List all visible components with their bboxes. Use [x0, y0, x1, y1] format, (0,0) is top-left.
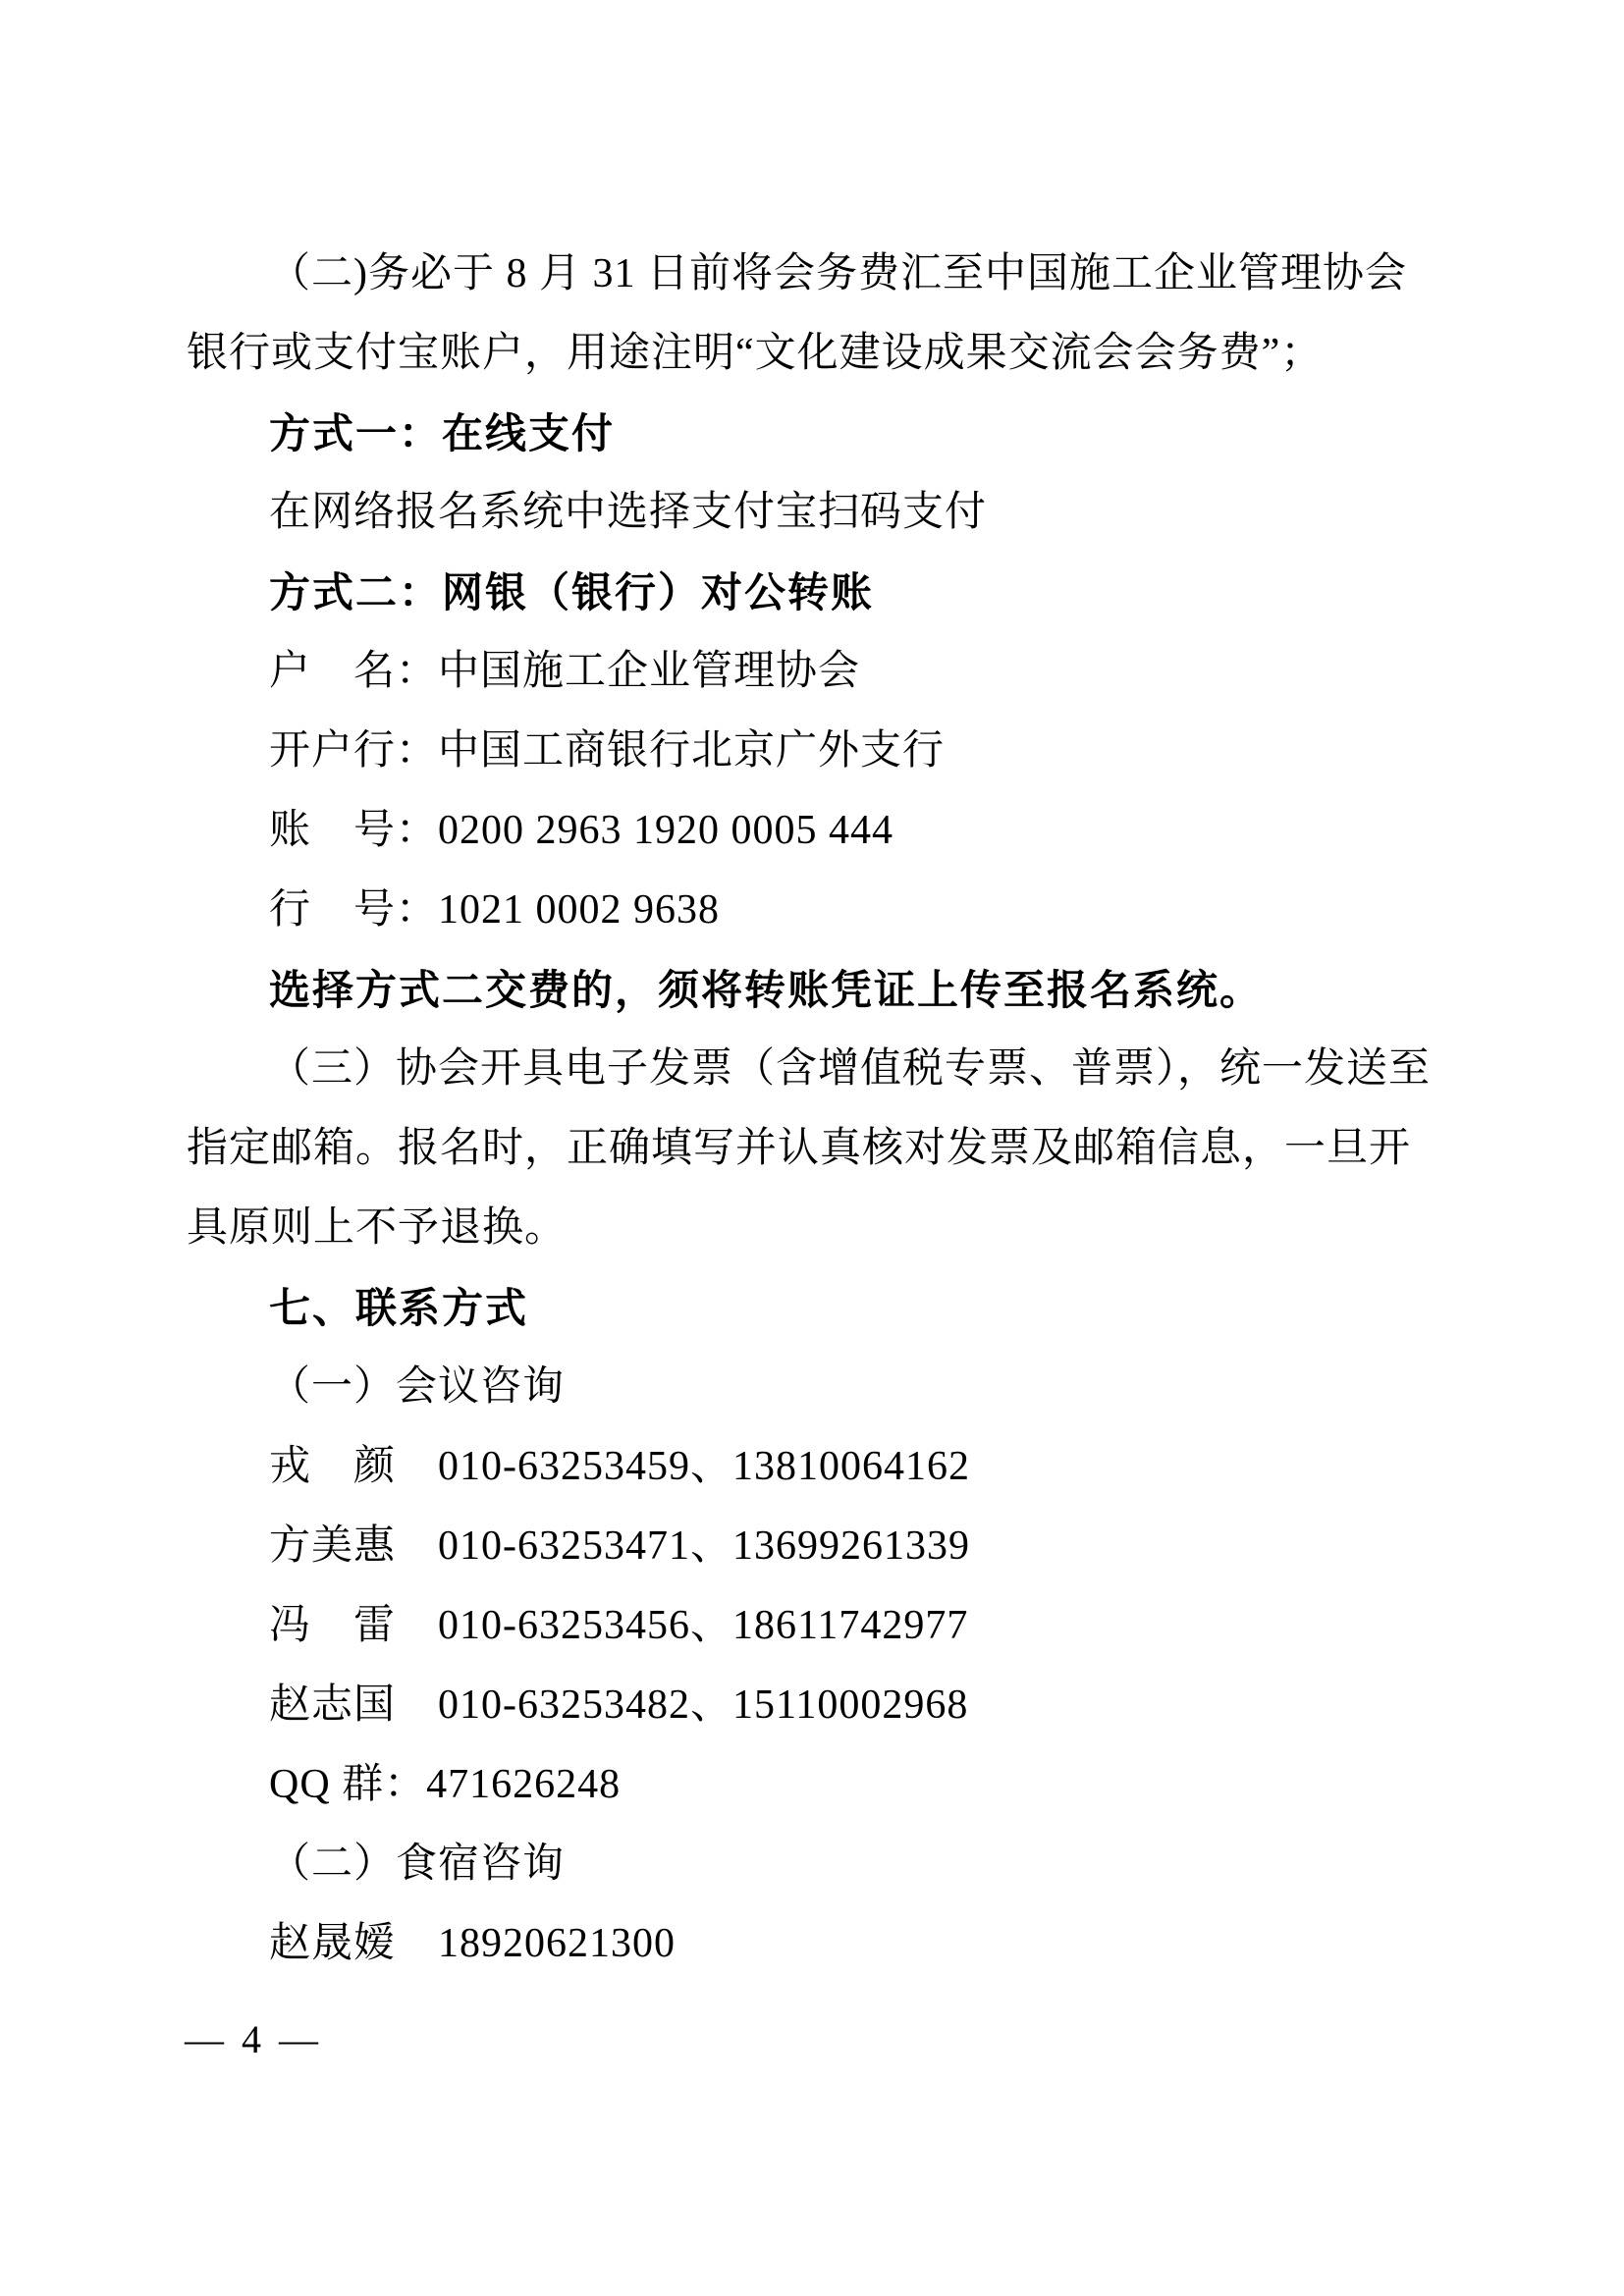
document-line: 户 名：中国施工企业管理协会 [187, 632, 1492, 712]
document-line: 账 号：0200 2963 1920 0005 444 [187, 791, 1492, 871]
document-line: 赵志国 010-63253482、15110002968 [187, 1666, 1492, 1745]
document-body: （二)务必于 8 月 31 日前将会务费汇至中国施工企业管理协会银行或支付宝账户… [187, 235, 1492, 1984]
document-line: 冯 雷 010-63253456、18611742977 [187, 1586, 1492, 1666]
document-line: 方式一：在线支付 [187, 394, 1492, 473]
document-page: （二)务必于 8 月 31 日前将会务费汇至中国施工企业管理协会银行或支付宝账户… [0, 0, 1624, 2296]
document-line: 戎 颜 010-63253459、13810064162 [187, 1427, 1492, 1507]
document-line: 行 号：1021 0002 9638 [187, 871, 1492, 950]
document-line: （二)务必于 8 月 31 日前将会务费汇至中国施工企业管理协会 [187, 235, 1492, 314]
document-line: 赵晟嫒 18920621300 [187, 1904, 1492, 1984]
document-line: 具原则上不予退换。 [187, 1189, 1492, 1268]
document-line: （三）协会开具电子发票（含增值税专票、普票），统一发送至 [187, 1030, 1492, 1109]
document-line: 在网络报名系统中选择支付宝扫码支付 [187, 473, 1492, 553]
document-line: 开户行：中国工商银行北京广外支行 [187, 712, 1492, 791]
document-line: 七、联系方式 [187, 1268, 1492, 1348]
document-line: 方式二：网银（银行）对公转账 [187, 553, 1492, 632]
document-line: 指定邮箱。报名时，正确填写并认真核对发票及邮箱信息，一旦开 [187, 1109, 1492, 1189]
document-line: 选择方式二交费的，须将转账凭证上传至报名系统。 [187, 950, 1492, 1030]
document-line: （二）食宿咨询 [187, 1825, 1492, 1904]
document-line: QQ 群：471626248 [187, 1745, 1492, 1825]
document-line: 方美惠 010-63253471、13699261339 [187, 1507, 1492, 1586]
page-number: — 4 — [185, 2001, 322, 2079]
document-line: 银行或支付宝账户，用途注明“文化建设成果交流会会务费”； [187, 314, 1492, 394]
document-line: （一）会议咨询 [187, 1348, 1492, 1427]
